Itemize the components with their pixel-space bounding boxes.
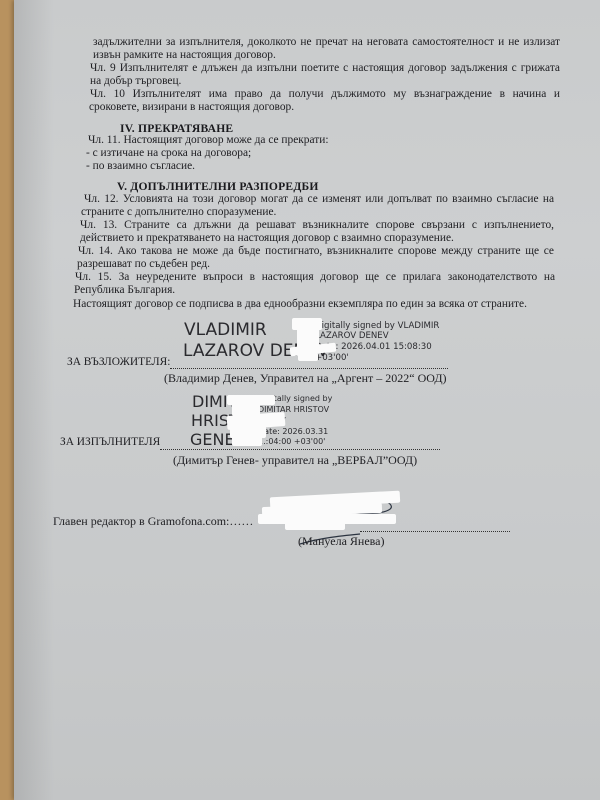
assignor-label: ЗА ВЪЗЛОЖИТЕЛЯ:	[67, 356, 170, 369]
signature-meta: Digitally signed by VLADIMIR	[315, 321, 439, 332]
signature-line	[170, 368, 448, 369]
article-12: Чл. 12. Условията на този договор могат …	[84, 193, 554, 206]
signature-meta: LAZAROV DENEV	[315, 331, 389, 342]
article-9: Чл. 9 Изпълнителят е длъжен да изпълни п…	[90, 62, 560, 75]
contractor-label: ЗА ИЗПЪЛНИТЕЛЯ	[60, 436, 160, 449]
redaction-mark	[298, 353, 318, 361]
redaction-mark	[285, 522, 345, 530]
paragraph-line: на добър търговец.	[90, 75, 181, 88]
digital-signature-name: VLADIMIR	[184, 320, 267, 340]
signature-meta: ...:04:00 +03'00'	[258, 437, 325, 448]
signature-meta: Date: 2026.03.31	[258, 427, 328, 438]
article-11: Чл. 11. Настоящият договор може да се пр…	[88, 134, 329, 147]
editor-caption: (Мануела Янева)	[298, 535, 384, 548]
paragraph-line: разрешават по съдебен ред.	[77, 258, 210, 271]
paragraph-line: Република България.	[74, 284, 175, 297]
closing-statement: Настоящият договор се подписва в два едн…	[73, 298, 527, 311]
assignor-caption: (Владимир Денев, Управител на „Аргент – …	[164, 372, 447, 385]
paragraph-line: страните с допълнително споразумение.	[81, 206, 276, 219]
redaction-mark	[232, 436, 262, 446]
section-v-heading: V. ДОПЪЛНИТЕЛНИ РАЗПОРЕДБИ	[117, 180, 319, 193]
signature-meta: +03'00'	[315, 353, 349, 364]
editor-label: Главен редактор в Gramofona.com:……	[53, 515, 253, 528]
page-edge-shadow	[14, 0, 54, 800]
article-10: Чл. 10 Изпълнителят има право да получи …	[90, 88, 560, 101]
signature-line	[160, 449, 440, 450]
list-item: - с изтичане на срока на договора;	[86, 147, 251, 160]
paragraph-line: сроковете, визирани в настоящия договор.	[89, 101, 294, 114]
paragraph-line: задължителни за изпълнителя, доколкото н…	[93, 36, 560, 49]
paragraph-line: извън рамките на настоящия договор.	[93, 49, 276, 62]
signature-line	[360, 531, 510, 532]
paragraph-line: действието и прекратяването на настоящия…	[80, 232, 454, 245]
article-13: Чл. 13. Страните са длъжни да решават въ…	[80, 219, 554, 232]
article-14: Чл. 14. Ако такова не може да бъде пости…	[78, 245, 554, 258]
list-item: - по взаимно съгласие.	[86, 160, 195, 173]
article-15: Чл. 15. За неуредените въпроси в настоящ…	[75, 271, 555, 284]
contractor-caption: (Димитър Генев- управител на „ВЕРБАЛ”ООД…	[173, 454, 417, 467]
